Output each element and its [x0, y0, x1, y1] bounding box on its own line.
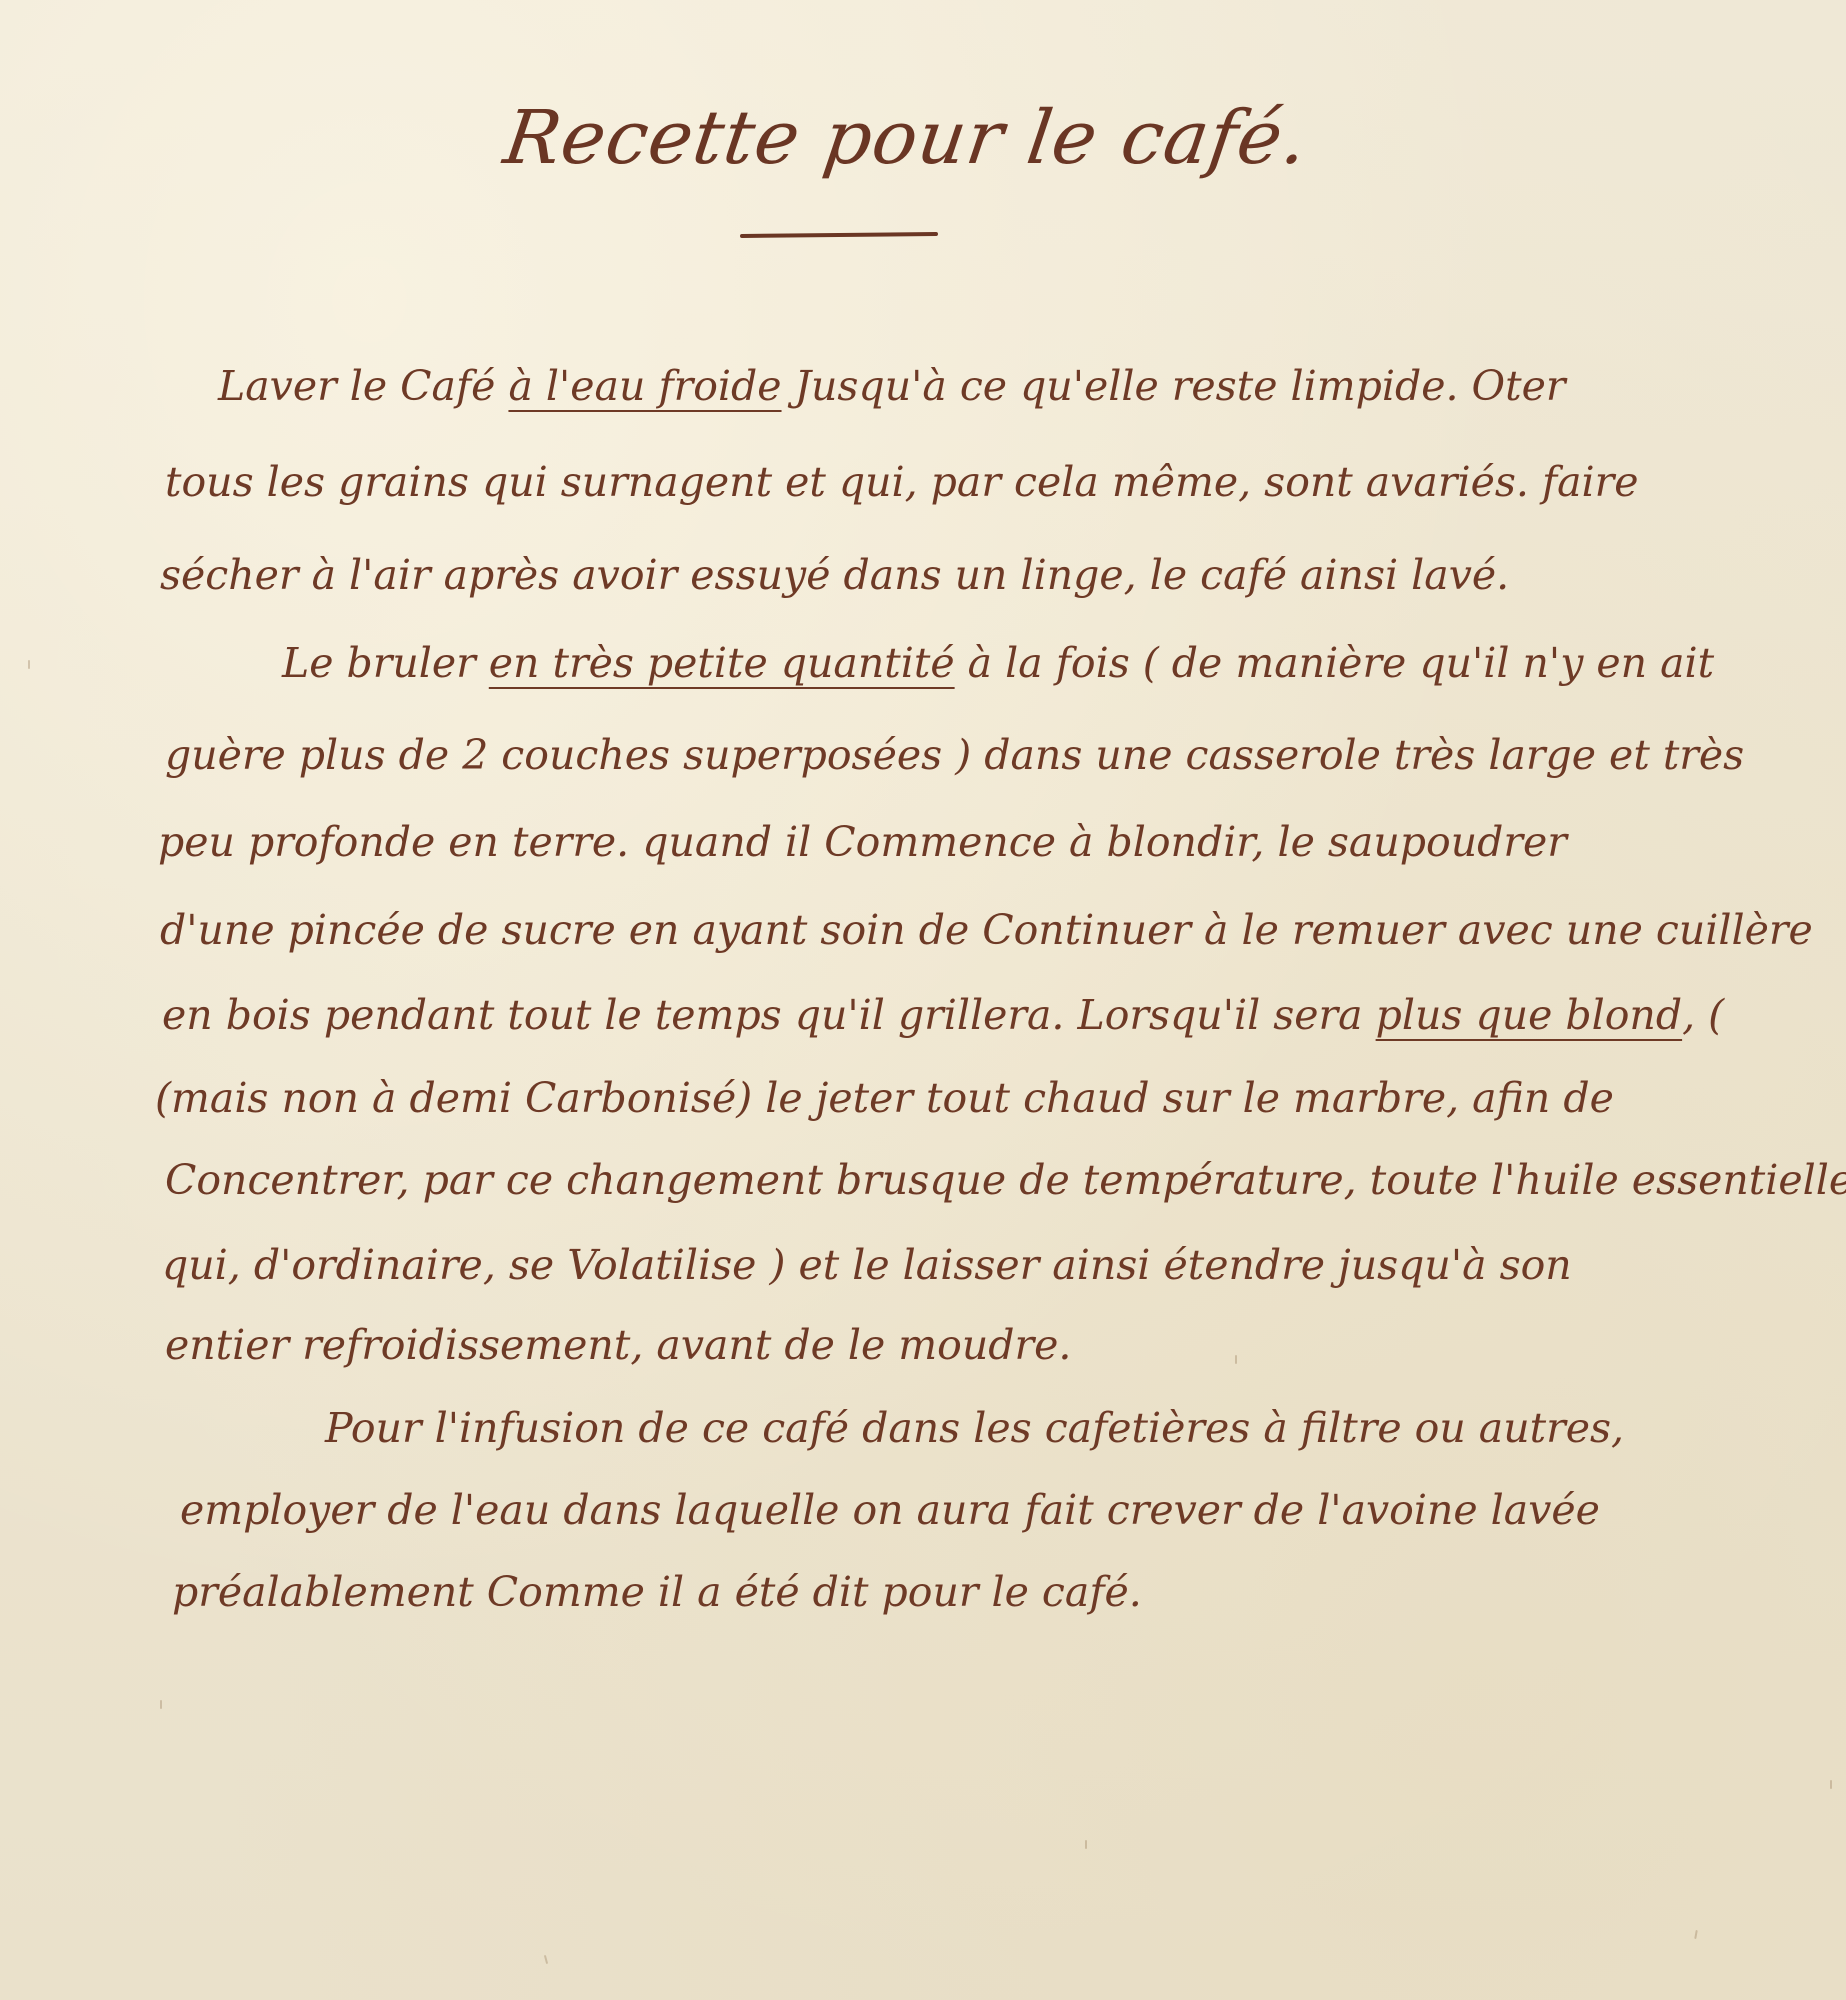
text-run: Laver le Café	[218, 362, 508, 410]
text-line: employer de l'eau dans laquelle on aura …	[180, 1490, 1600, 1531]
document-title: Recette pour le café.	[499, 95, 1313, 181]
text-line: Concentrer, par ce changement brusque de…	[165, 1160, 1846, 1201]
underlined-text: plus que blond	[1376, 991, 1682, 1039]
text-run: en bois pendant tout le temps qu'il gril…	[162, 991, 1376, 1039]
underlined-text: à l'eau froide	[508, 362, 781, 410]
text-line: guère plus de 2 couches superposées ) da…	[165, 735, 1744, 776]
text-run: Jusqu'à ce qu'elle reste limpide. Oter	[782, 362, 1566, 410]
text-line: tous les grains qui surnagent et qui, pa…	[165, 462, 1639, 503]
text-line: peu profonde en terre. quand il Commence…	[158, 822, 1567, 863]
paper-fleck	[1235, 1355, 1237, 1364]
text-line: entier refroidissement, avant de le moud…	[165, 1325, 1071, 1366]
text-line: (mais non à demi Carbonisé) le jeter tou…	[155, 1078, 1614, 1119]
paper-fleck	[160, 1700, 162, 1709]
title-underline-rule	[740, 232, 938, 238]
paper-fleck	[1085, 1840, 1087, 1849]
manuscript-page: Recette pour le café. Laver le Café à l'…	[0, 0, 1846, 2000]
text-run: à la fois ( de manière qu'il n'y en ait	[955, 639, 1715, 687]
text-run: , (	[1682, 991, 1724, 1039]
text-line: d'une pincée de sucre en ayant soin de C…	[160, 910, 1813, 951]
text-line: sécher à l'air après avoir essuyé dans u…	[160, 555, 1509, 596]
paper-fleck	[544, 1955, 548, 1964]
text-line: en bois pendant tout le temps qu'il gril…	[162, 995, 1724, 1036]
text-line: qui, d'ordinaire, se Volatilise ) et le …	[162, 1245, 1572, 1286]
text-run: Le bruler	[282, 639, 489, 687]
text-line: Le bruler en très petite quantité à la f…	[282, 643, 1714, 684]
underlined-text: en très petite quantité	[489, 639, 955, 687]
paper-fleck	[1694, 1930, 1698, 1939]
text-line: préalablement Comme il a été dit pour le…	[172, 1572, 1142, 1613]
paper-fleck	[1830, 1780, 1832, 1789]
paper-fleck	[28, 660, 30, 669]
text-line: Laver le Café à l'eau froide Jusqu'à ce …	[218, 366, 1565, 407]
text-line: Pour l'infusion de ce café dans les cafe…	[325, 1408, 1624, 1449]
